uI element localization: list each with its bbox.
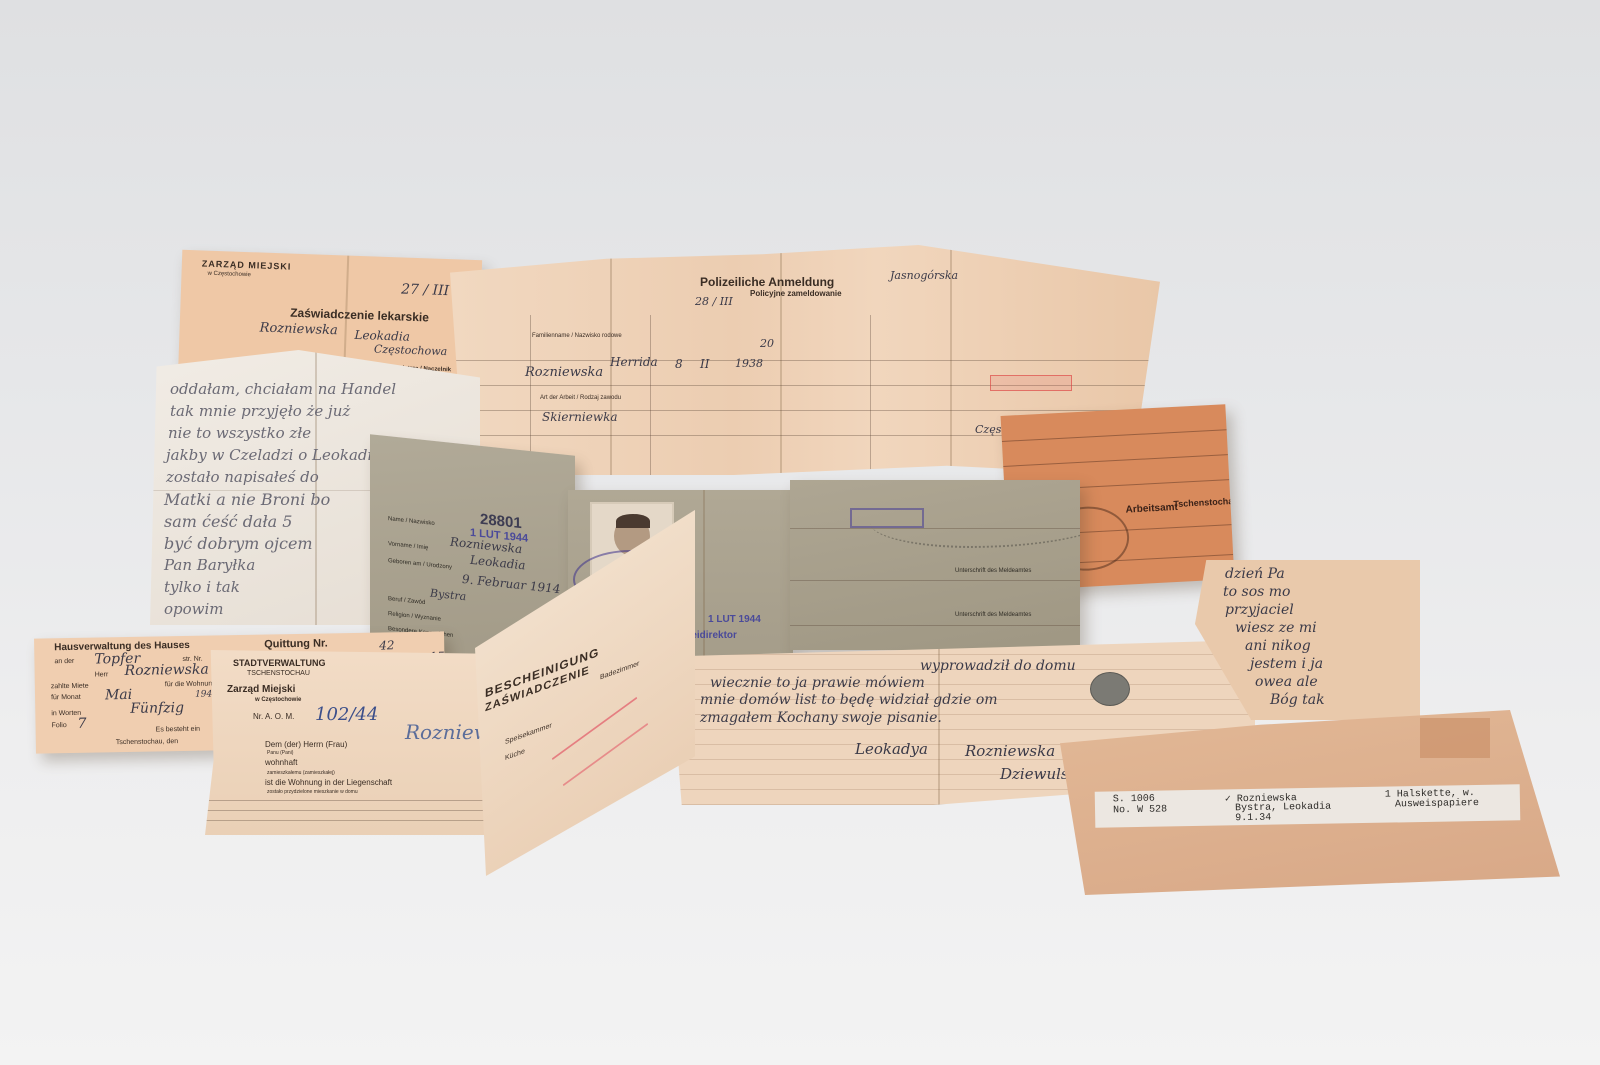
month-value: Mai <box>105 687 132 703</box>
room-label: Speisekammer <box>505 722 552 746</box>
chain-necklace <box>870 486 1080 548</box>
city-pl: w Częstochowie <box>255 697 301 703</box>
handwritten-name: Rozniewska <box>405 720 490 744</box>
resident-label-pl: zamieszkałemu (zamieszkałej) <box>267 770 335 776</box>
certificate-first-name: Leokadia <box>354 328 410 344</box>
herr-value: Rozniewska <box>124 662 208 679</box>
letter-line: zmagałem Kochany swoje pisanie. <box>700 710 942 726</box>
flat-text-pl: zostało przydzielone mieszkanie w domu <box>267 789 358 795</box>
letter-line: Matki a nie Broni bo <box>164 490 330 509</box>
field-label: Religion / Wyznanie <box>388 611 441 623</box>
receipt-amount: 42 <box>379 638 395 652</box>
flat-text: ist die Wohnung in der Liegenschaft <box>265 778 392 787</box>
work-office-city: Tschenstochau <box>1173 496 1234 509</box>
letter-line: oddałam, chciałam na Handel <box>170 380 396 398</box>
kennkarte-birthplace: Bystra <box>430 587 466 604</box>
letter-line: ani nikog <box>1245 638 1311 654</box>
red-stamp-marks <box>552 697 648 786</box>
letter-line: zostało napisałeś do <box>166 468 319 486</box>
city-date: Tschenstochau, den <box>116 738 178 746</box>
signature-surname: Rozniewska <box>965 742 1055 760</box>
signature-first: Leokadya <box>855 740 928 758</box>
label-date: 9.1.34 <box>1235 813 1271 825</box>
letter-line: opowim <box>164 600 224 618</box>
month-label: für Monat <box>51 694 81 702</box>
field-label: Vorname / Imię <box>388 541 428 551</box>
remainder-text: Es besteht ein <box>156 726 200 734</box>
words-value: Fünfzig <box>130 700 184 717</box>
signature-label: Unterschrift des Meldeamtes <box>955 612 1031 618</box>
city-de: TSCHENSTOCHAU <box>247 670 310 677</box>
to-label: Dem (der) Herrn (Frau) <box>265 740 347 749</box>
kennkarte-date-stamp: 1 LUT 1944 <box>708 614 761 625</box>
entry-surname: Rozniewska <box>525 365 603 380</box>
tape-strip <box>1420 718 1490 758</box>
office-de: STADTVERWALTUNG <box>233 658 326 668</box>
office-pl: Zarząd Miejski <box>227 684 295 695</box>
letter-line: to sos mo <box>1223 584 1290 600</box>
label-contents-2: Ausweispapiere <box>1395 798 1479 810</box>
letter-line: sam ćeść dała 5 <box>164 512 292 531</box>
entry-year: 1938 <box>735 357 763 370</box>
letter-line: wiecznie to ja prawie mówiem <box>710 675 925 691</box>
form-title-de: Polizeiliche Anmeldung <box>700 275 834 289</box>
work-office-label: Arbeitsamt <box>1125 502 1178 516</box>
folio-label: Folio <box>51 722 66 729</box>
for-label: für die Wohnung <box>165 680 216 688</box>
letter-line: jakby w Czeladzi o Leokadii <box>166 446 377 464</box>
letter-line: Pan Baryłka <box>164 556 255 574</box>
letter-line: mnie domów list to będę widział gdzie om <box>700 692 998 708</box>
label-catalog-no: S. 1006 <box>1113 794 1155 806</box>
certificate-place: Częstochowa <box>374 343 448 359</box>
office-subheader: w Częstochowie <box>207 271 251 279</box>
form-street: Jasnogórska <box>890 269 958 282</box>
field-label: Beruf / Zawód <box>388 596 425 606</box>
letter-line: Bóg tak <box>1270 692 1325 708</box>
letter-line: jestem i ja <box>1250 656 1323 672</box>
letter-line: wyprowadził do domu <box>920 658 1076 674</box>
certificate-date: 27 / III <box>401 281 450 299</box>
field-label: Name / Nazwisko <box>388 516 435 527</box>
to-label-pl: Panu (Pani) <box>267 750 293 756</box>
red-stamp <box>990 375 1072 391</box>
office-header: ZARZĄD MIEJSKI <box>202 258 292 271</box>
housing-certificate: STADTVERWALTUNG TSCHENSTOCHAU Zarząd Mie… <box>205 650 490 835</box>
street-label: an der <box>54 658 74 665</box>
work-label: Art der Arbeit / Rodzaj zawodu <box>540 395 621 401</box>
reference-value: 102/44 <box>315 704 378 725</box>
letter-line: nie to wszystko złe <box>168 424 311 442</box>
letter-line: być dobrym ojcem <box>164 534 313 553</box>
entry-month: II <box>700 357 709 371</box>
room-label: Küche <box>505 748 525 762</box>
form-date: 28 / III <box>695 295 733 308</box>
letter-line: tylko i tak <box>164 578 240 596</box>
reference-label: Nr. A. O. M. <box>253 712 294 721</box>
letter-line: tak mnie przyjęło że już <box>170 402 350 420</box>
folio-value: 7 <box>77 716 86 732</box>
field-label: Geboren am / Urodzony <box>388 558 452 571</box>
work-entry: Skierniewka <box>542 410 618 424</box>
label-item-no: No. W 528 <box>1113 804 1167 816</box>
medallion-pendant <box>1090 672 1130 706</box>
letter-line: owea ale <box>1255 674 1318 690</box>
signature-label: Unterschrift des Meldeamtes <box>955 568 1031 574</box>
form-title-pl: Policyjne zameldowanie <box>750 289 842 298</box>
entry-name: Herrida <box>610 355 658 369</box>
form-house-no: 20 <box>760 337 774 350</box>
room-label: Badezimmer <box>600 660 639 681</box>
resident-label: wohnhaft <box>265 758 297 767</box>
entry-day: 8 <box>675 357 683 371</box>
paid-label: zahlte Miete <box>51 683 89 691</box>
receipt-title-suffix: Quittung Nr. <box>264 637 328 650</box>
letter-line: wiesz ze mi <box>1235 620 1317 636</box>
letter-line: przyjaciel <box>1225 602 1294 618</box>
certificate-name: Rozniewska <box>259 321 338 339</box>
envelope: S. 1006 No. W 528 ✓ Rozniewska Bystra, L… <box>1060 710 1560 895</box>
typed-label: S. 1006 No. W 528 ✓ Rozniewska Bystra, L… <box>1095 784 1521 827</box>
kennkarte-birth: 9. Februar 1914 <box>462 572 560 596</box>
column-header-family: Familienname / Nazwisko rodowe <box>532 333 622 339</box>
kennkarte-right-page: Unterschrift des Meldeamtes Unterschrift… <box>790 480 1080 650</box>
herr-label: Herr <box>95 671 109 678</box>
letter-line: dzień Pa <box>1225 566 1285 582</box>
